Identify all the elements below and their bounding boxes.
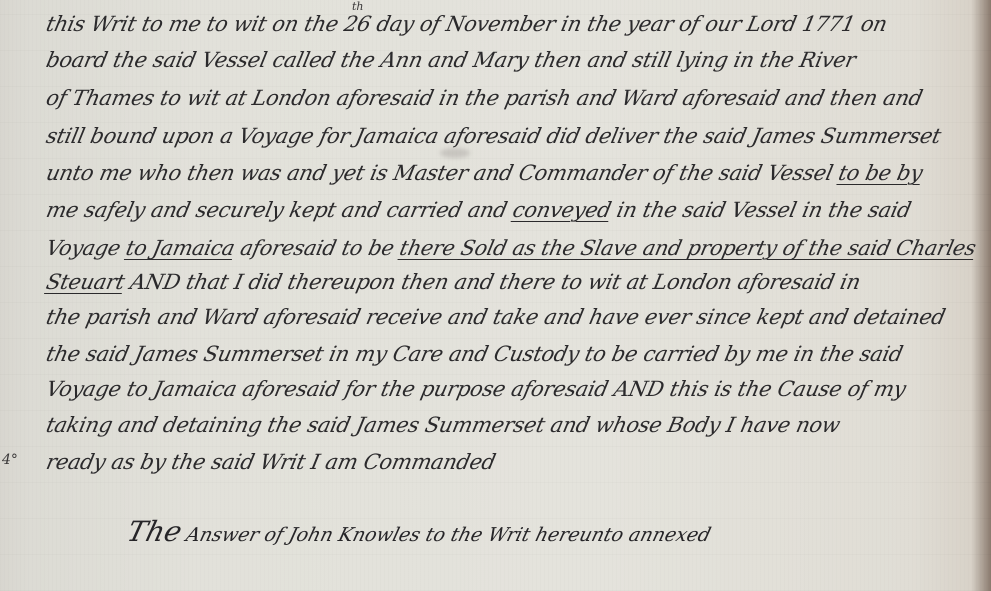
line-text: in the said Vessel in the said (608, 198, 913, 222)
heading-text: Answer of John Knowles to the Writ hereu… (178, 524, 714, 546)
manuscript-line: the said James Summerset in my Care and … (44, 342, 905, 366)
manuscript-line: unto me who then was and yet is Master a… (44, 161, 925, 185)
underlined-phrase: conveyed (511, 198, 614, 222)
line-text: me safely and securely kept and carried … (44, 198, 516, 222)
manuscript-line: the parish and Ward aforesaid receive an… (44, 305, 947, 329)
manuscript-line: of Thames to wit at London aforesaid in … (44, 86, 925, 110)
underlined-phrase: Steuart (44, 270, 127, 294)
line-text: the parish and Ward aforesaid receive an… (44, 305, 947, 329)
manuscript-line: ready as by the said Writ I am Commanded (44, 450, 498, 474)
manuscript-line: still bound upon a Voyage for Jamaica af… (44, 124, 943, 148)
manuscript-line: Steuart AND that I did thereupon then an… (44, 270, 863, 294)
manuscript-line: Voyage to Jamaica aforesaid for the purp… (44, 377, 908, 401)
line-text: ready as by the said Writ I am Commanded (44, 450, 498, 474)
line-text: this Writ to me to wit on the 26 day of … (44, 12, 889, 36)
line-text: Voyage to Jamaica aforesaid for the purp… (44, 377, 908, 401)
line-text: the said James Summerset in my Care and … (44, 342, 905, 366)
manuscript-line: taking and detaining the said James Summ… (44, 413, 842, 437)
line-text: Voyage (44, 236, 129, 260)
manuscript-line: Voyage to Jamaica aforesaid to be there … (44, 236, 978, 260)
line-text: taking and detaining the said James Summ… (44, 413, 842, 437)
heading-initial-word: The (124, 515, 186, 548)
line-text: AND that I did thereupon then and there … (122, 270, 863, 294)
line-text: still bound upon a Voyage for Jamaica af… (44, 124, 943, 148)
document-endorsement-heading: The Answer of John Knowles to the Writ h… (124, 515, 716, 548)
line-text: unto me who then was and yet is Master a… (44, 161, 841, 185)
line-text: board the said Vessel called the Ann and… (44, 48, 858, 72)
underlined-phrase: to be by (836, 161, 924, 185)
underlined-phrase: to Jamaica (124, 236, 237, 260)
line-text: of Thames to wit at London aforesaid in … (44, 86, 925, 110)
paper-stain (440, 148, 470, 158)
manuscript-line: this Writ to me to wit on the 26 day of … (44, 12, 889, 36)
underlined-phrase: there Sold as the Slave and property of … (397, 236, 978, 260)
margin-note: 4° (2, 452, 18, 468)
manuscript-line: me safely and securely kept and carried … (44, 198, 913, 222)
line-text: aforesaid to be (232, 236, 403, 260)
manuscript-line: board the said Vessel called the Ann and… (44, 48, 858, 72)
